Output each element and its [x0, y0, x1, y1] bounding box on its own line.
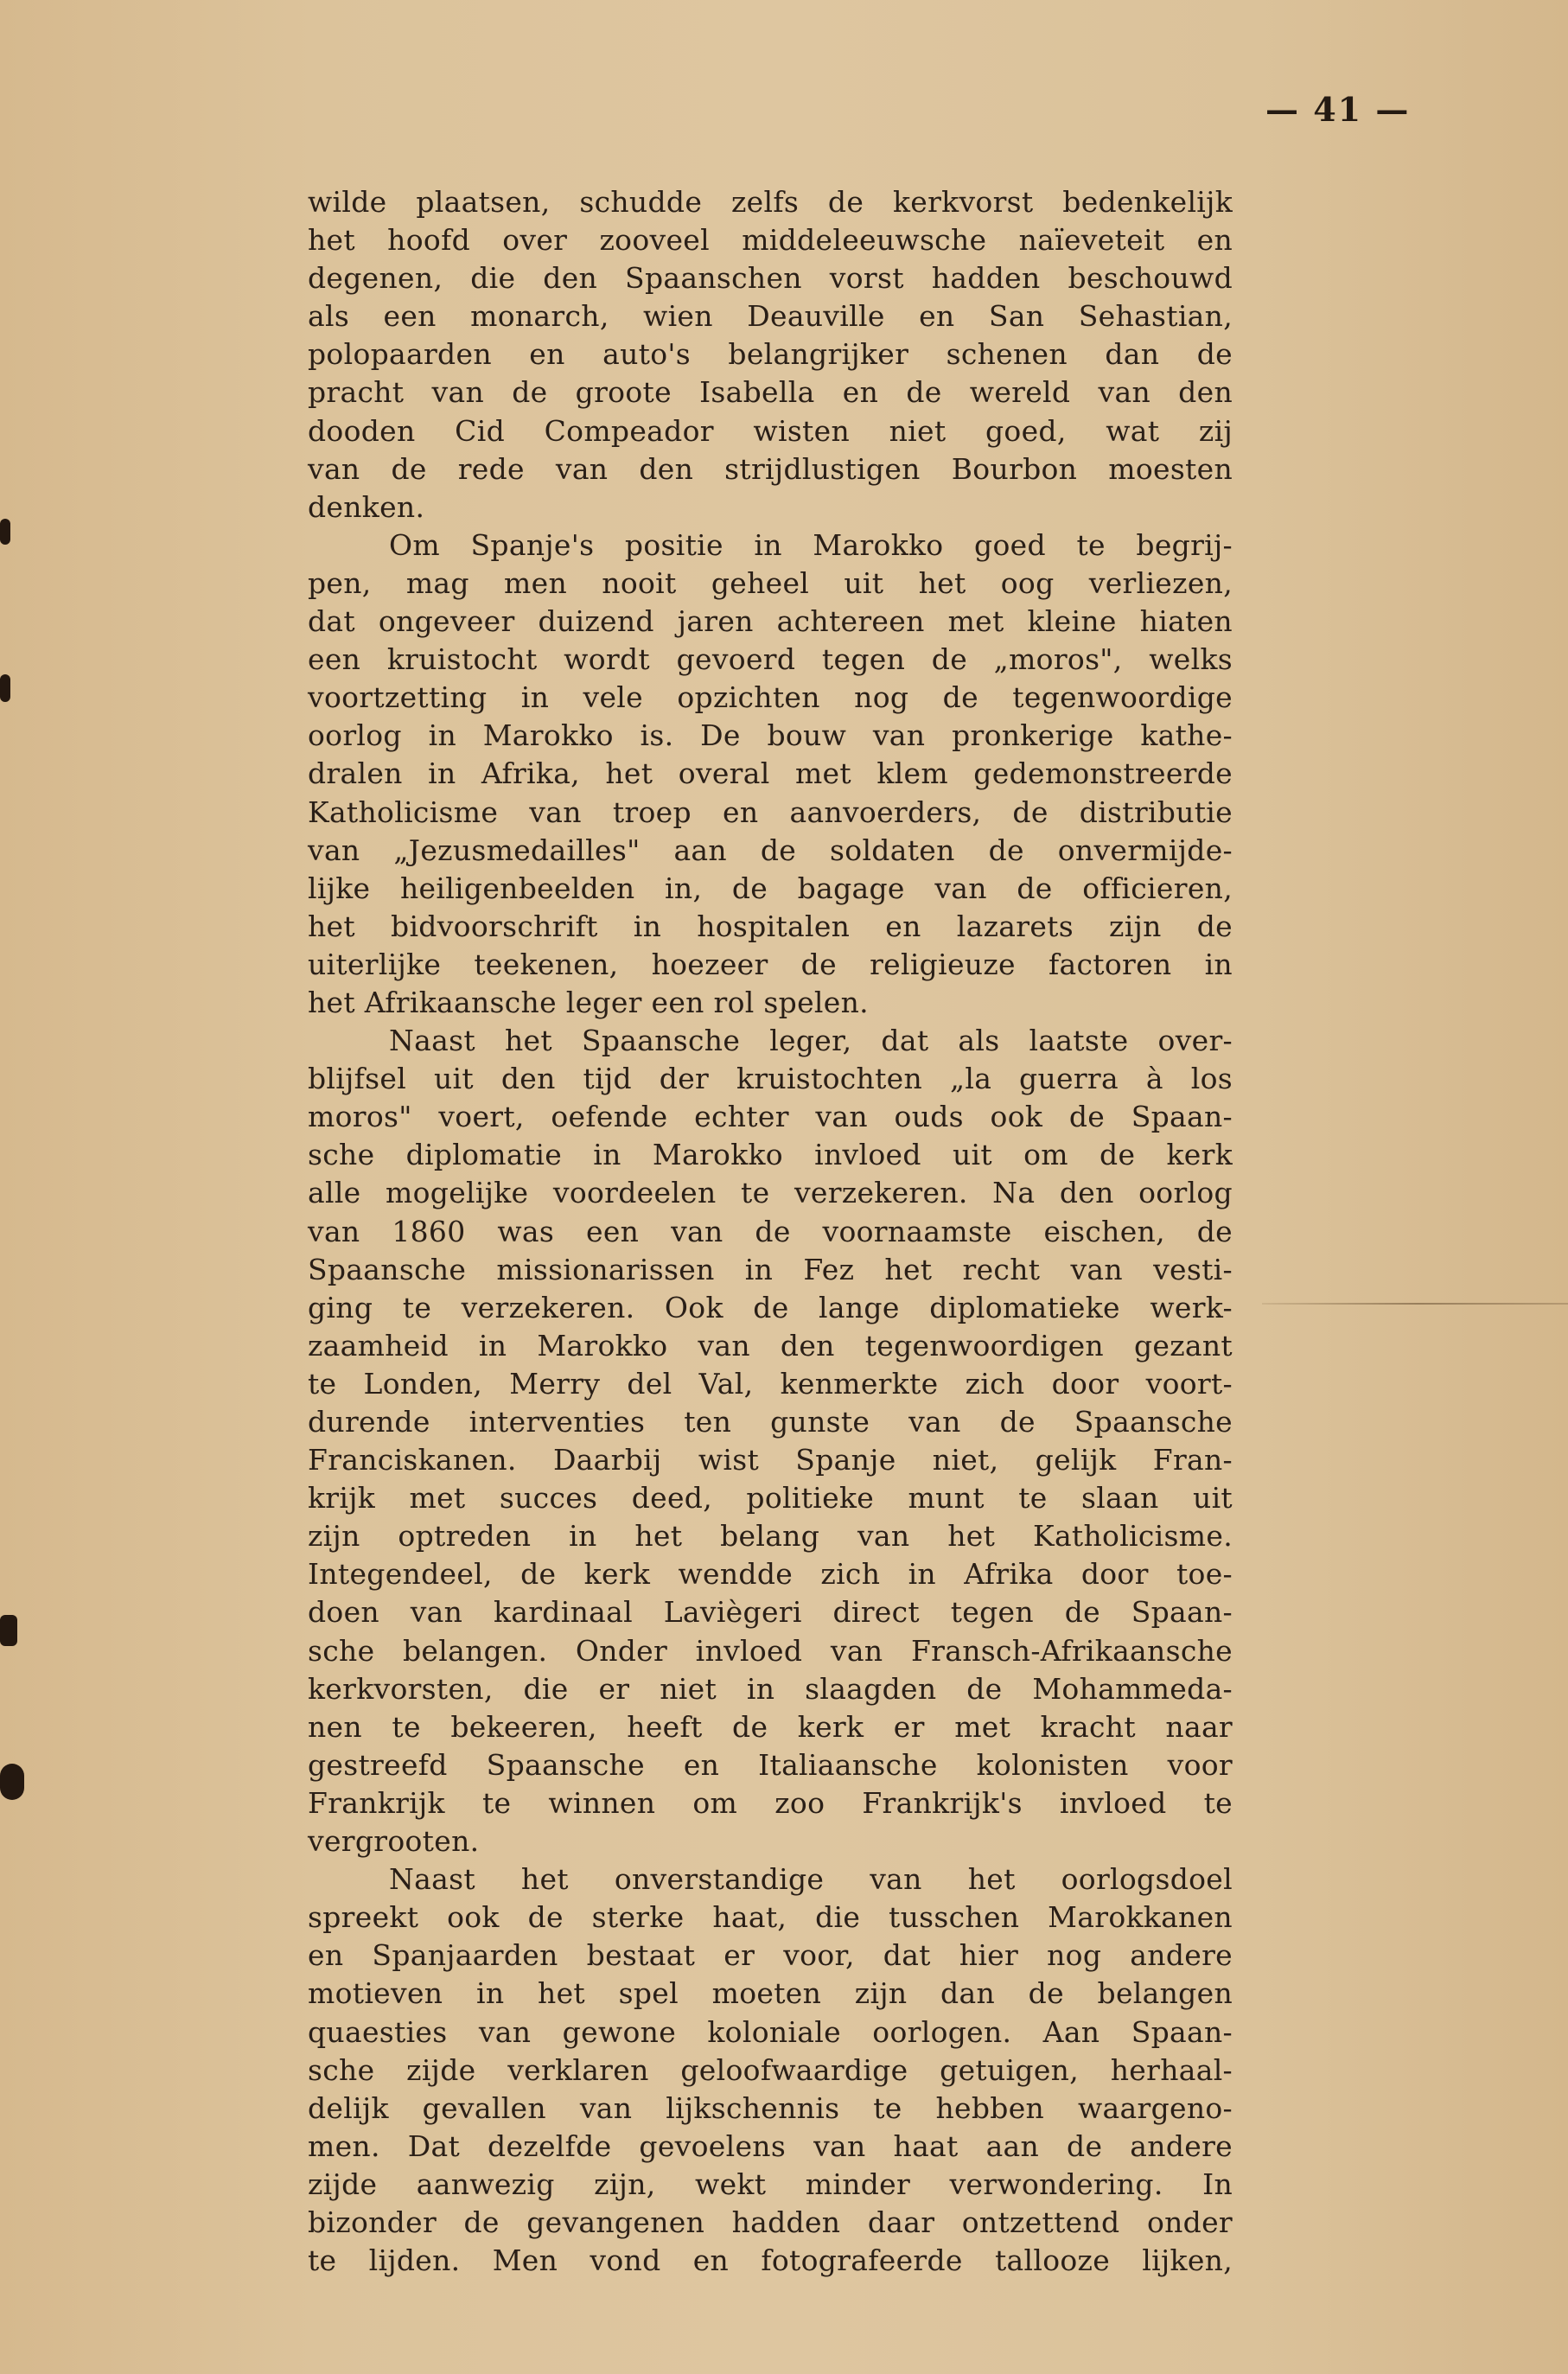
- text-line: durende interventies ten gunste van de S…: [308, 1403, 1233, 1441]
- text-line: lijke heiligenbeelden in, de bagage van …: [308, 870, 1233, 908]
- text-line: men. Dat dezelfde gevoelens van haat aan…: [308, 2128, 1233, 2166]
- margin-rule: [1262, 1303, 1568, 1305]
- page-number: — 41 —: [1265, 90, 1410, 129]
- text-line: uiterlijke teekenen, hoezeer de religieu…: [308, 946, 1233, 984]
- text-line: quaesties van gewone koloniale oorlogen.…: [308, 2013, 1233, 2052]
- text-line: zijn optreden in het belang van het Kath…: [308, 1517, 1233, 1555]
- paragraph-start: Naast het Spaansche leger, dat als laats…: [308, 1022, 1233, 1060]
- paragraph-start: Om Spanje's positie in Marokko goed te b…: [308, 526, 1233, 565]
- binding-mark-3: [0, 1615, 17, 1646]
- text-line: sche zijde verklaren geloofwaardige getu…: [308, 2052, 1233, 2090]
- text-line: het Afrikaansche leger een rol spelen.: [308, 984, 1233, 1022]
- text-line: van de rede van den strijdlustigen Bourb…: [308, 450, 1233, 488]
- text-line: doen van kardinaal Laviègeri direct tege…: [308, 1593, 1233, 1631]
- text-line: blijfsel uit den tijd der kruistochten „…: [308, 1060, 1233, 1098]
- binding-mark-2: [0, 674, 10, 702]
- text-line: Frankrijk te winnen om zoo Frankrijk's i…: [308, 1784, 1233, 1822]
- text-line: dat ongeveer duizend jaren achtereen met…: [308, 603, 1233, 641]
- text-line: degenen, die den Spaanschen vorst hadden…: [308, 259, 1233, 297]
- text-line: pracht van de groote Isabella en de were…: [308, 373, 1233, 412]
- text-line: pen, mag men nooit geheel uit het oog ve…: [308, 565, 1233, 603]
- text-line: zijde aanwezig zijn, wekt minder verwond…: [308, 2166, 1233, 2204]
- text-line: spreekt ook de sterke haat, die tusschen…: [308, 1899, 1233, 1937]
- binding-mark-1: [0, 519, 10, 545]
- text-line: kerkvorsten, die er niet in slaagden de …: [308, 1670, 1233, 1708]
- text-line: als een monarch, wien Deauville en San S…: [308, 297, 1233, 335]
- text-line: van 1860 was een van de voornaamste eisc…: [308, 1213, 1233, 1251]
- text-line: ging te verzekeren. Ook de lange diploma…: [308, 1289, 1233, 1327]
- text-line: gestreefd Spaansche en Italiaansche kolo…: [308, 1746, 1233, 1784]
- text-line: denken.: [308, 488, 1233, 526]
- text-line: wilde plaatsen, schudde zelfs de kerkvor…: [308, 183, 1233, 221]
- body-text: wilde plaatsen, schudde zelfs de kerkvor…: [308, 183, 1233, 2280]
- text-line: motieven in het spel moeten zijn dan de …: [308, 1975, 1233, 2013]
- text-line: dooden Cid Compeador wisten niet goed, w…: [308, 412, 1233, 450]
- text-line: sche diplomatie in Marokko invloed uit o…: [308, 1136, 1233, 1174]
- text-line: het bidvoorschrift in hospitalen en laza…: [308, 908, 1233, 946]
- text-line: polopaarden en auto's belangrijker schen…: [308, 335, 1233, 373]
- text-line: Integendeel, de kerk wendde zich in Afri…: [308, 1555, 1233, 1593]
- text-line: alle mogelijke voordeelen te verzekeren.…: [308, 1174, 1233, 1212]
- text-line: nen te bekeeren, heeft de kerk er met kr…: [308, 1708, 1233, 1746]
- text-line: delijk gevallen van lijkschennis te hebb…: [308, 2090, 1233, 2128]
- text-line: dralen in Afrika, het overal met klem ge…: [308, 755, 1233, 793]
- text-line: voortzetting in vele opzichten nog de te…: [308, 679, 1233, 717]
- text-line: van „Jezusmedailles" aan de soldaten de …: [308, 832, 1233, 870]
- text-line: Franciskanen. Daarbij wist Spanje niet, …: [308, 1441, 1233, 1479]
- text-line: sche belangen. Onder invloed van Fransch…: [308, 1632, 1233, 1670]
- text-line: te Londen, Merry del Val, kenmerkte zich…: [308, 1365, 1233, 1403]
- text-line: het hoofd over zooveel middeleeuwsche na…: [308, 221, 1233, 259]
- text-line: een kruistocht wordt gevoerd tegen de „m…: [308, 641, 1233, 679]
- text-line: vergrooten.: [308, 1822, 1233, 1860]
- text-line: krijk met succes deed, politieke munt te…: [308, 1479, 1233, 1517]
- binding-mark-4: [0, 1764, 24, 1800]
- text-line: oorlog in Marokko is. De bouw van pronke…: [308, 717, 1233, 755]
- text-line: bizonder de gevangenen hadden daar ontze…: [308, 2204, 1233, 2242]
- text-line: zaamheid in Marokko van den tegenwoordig…: [308, 1327, 1233, 1365]
- text-line: Katholicisme van troep en aanvoerders, d…: [308, 794, 1233, 832]
- text-line: en Spanjaarden bestaat er voor, dat hier…: [308, 1937, 1233, 1975]
- text-line: Spaansche missionarissen in Fez het rech…: [308, 1251, 1233, 1289]
- paragraph-start: Naast het onverstandige van het oorlogsd…: [308, 1860, 1233, 1899]
- text-line: moros" voert, oefende echter van ouds oo…: [308, 1098, 1233, 1136]
- text-line: te lijden. Men vond en fotografeerde tal…: [308, 2242, 1233, 2280]
